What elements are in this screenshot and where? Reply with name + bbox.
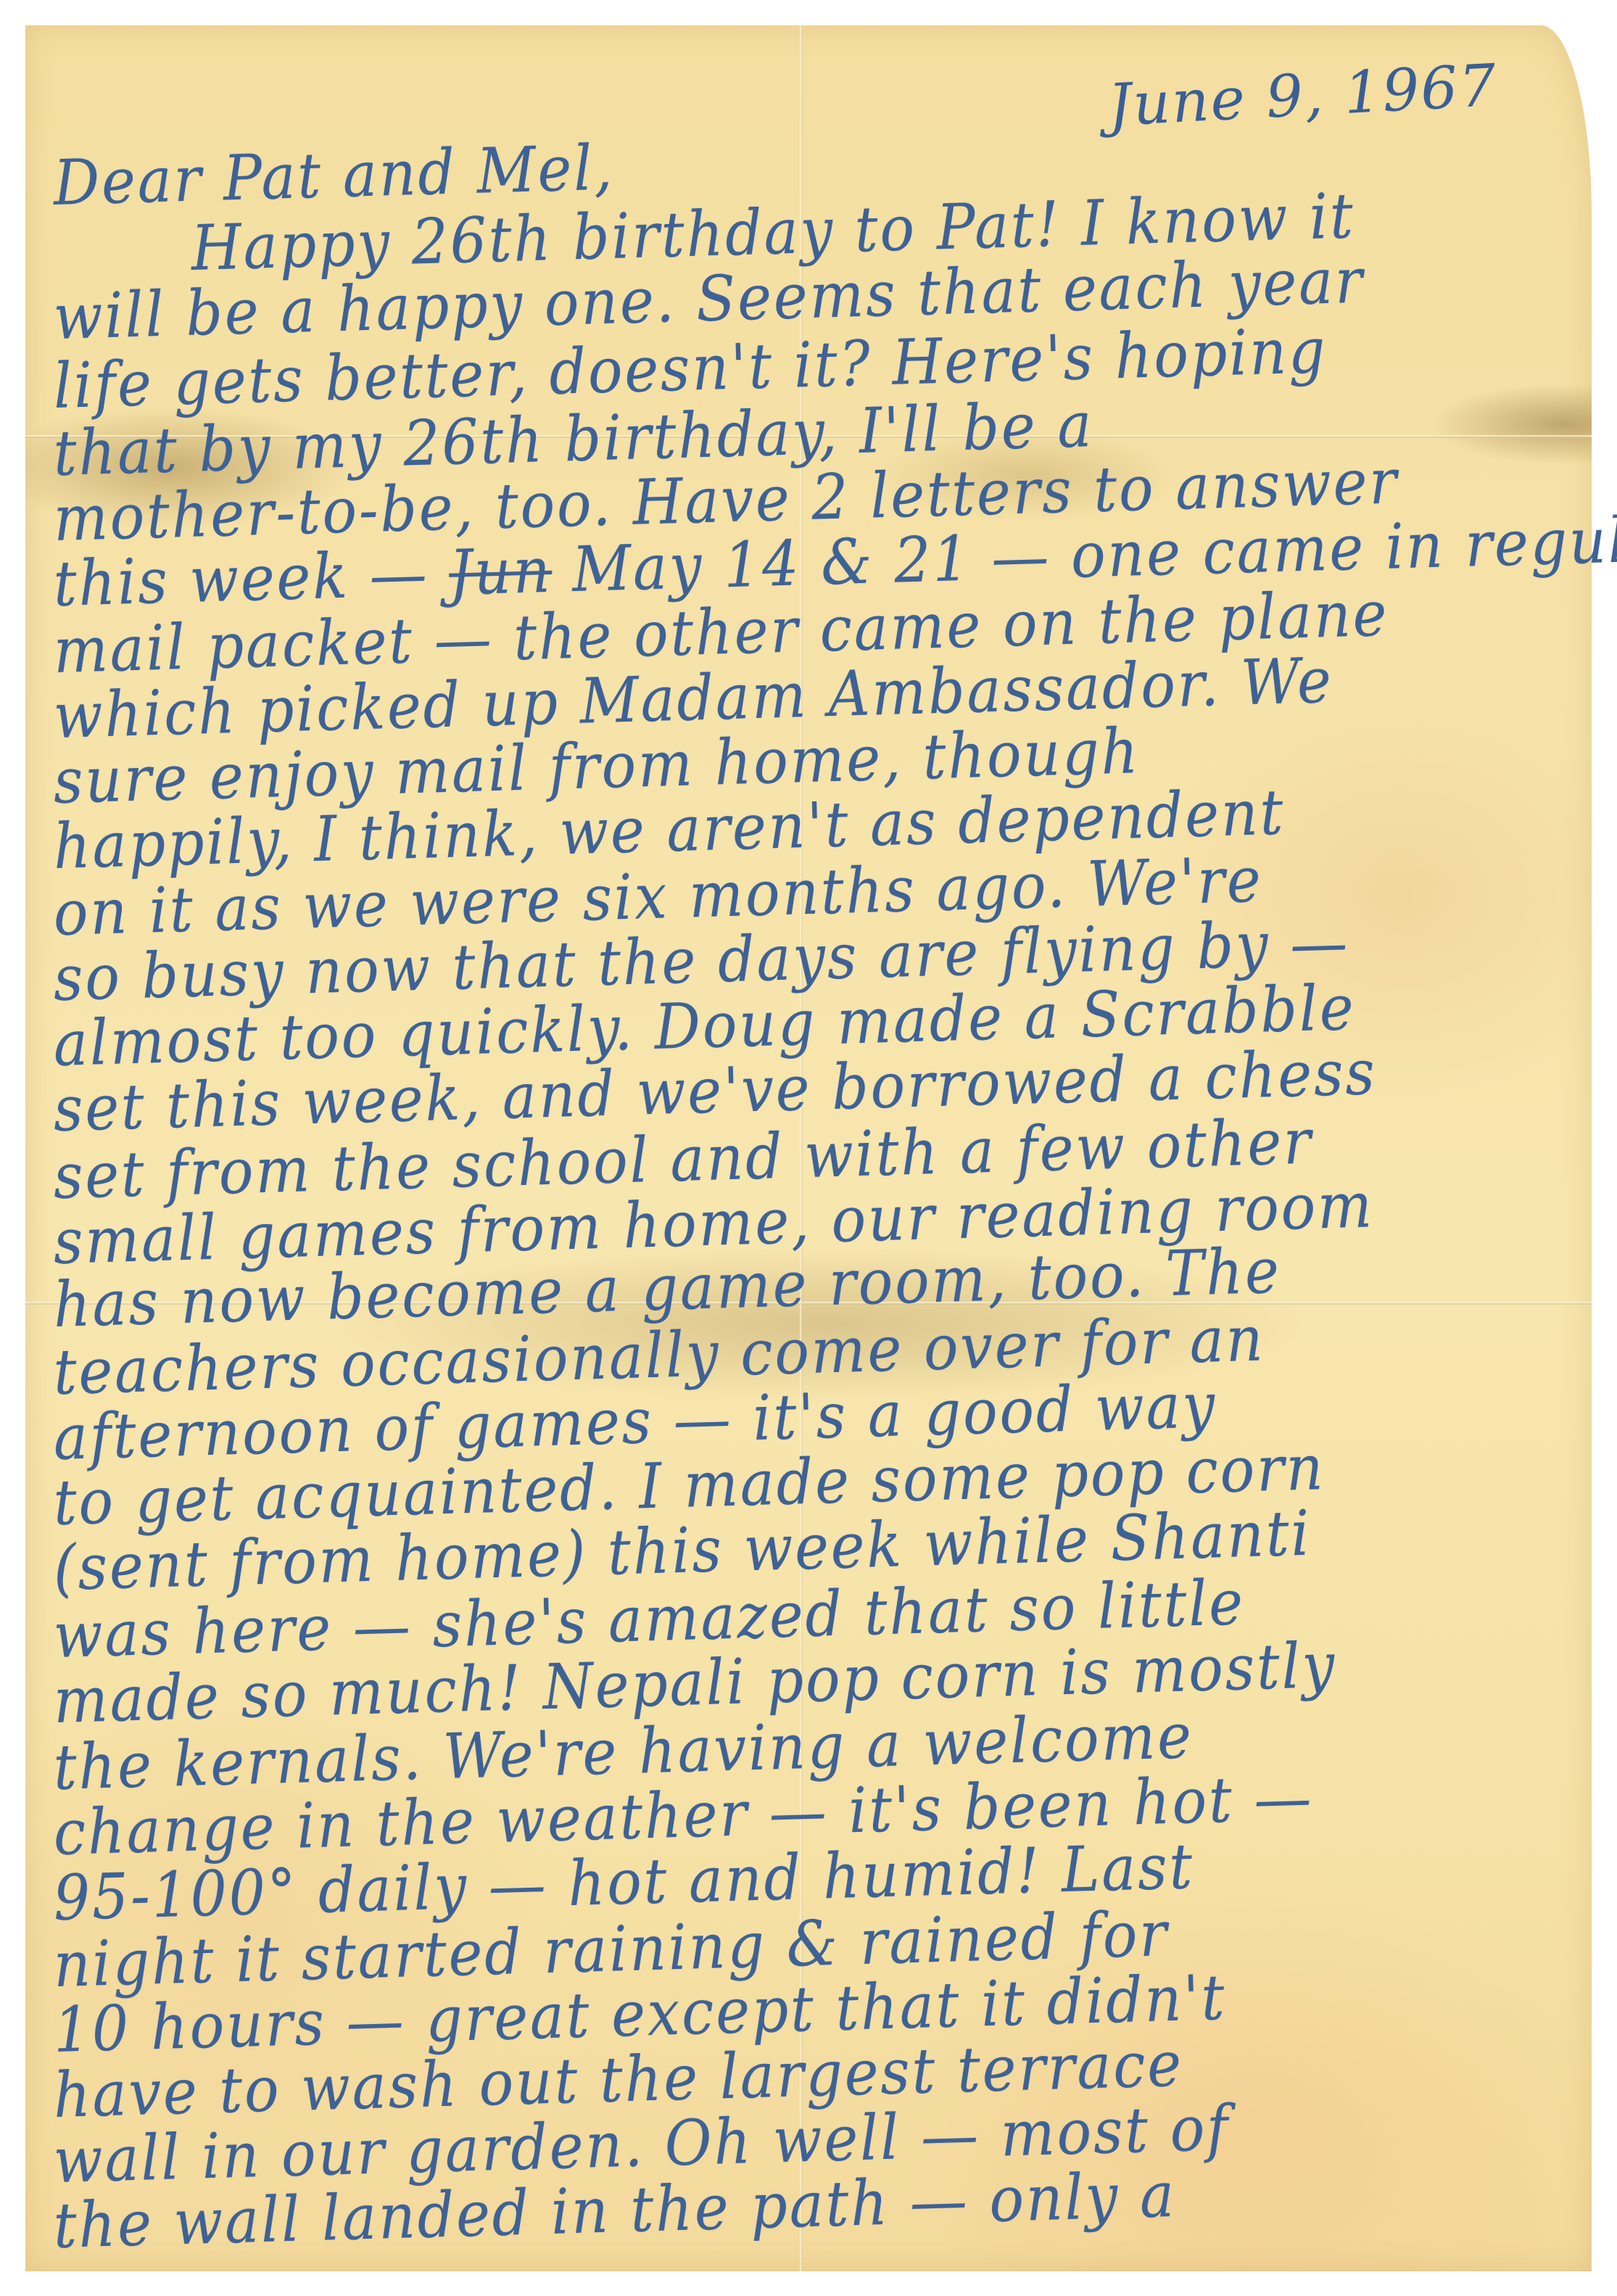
letter-body: Dear Pat and Mel, Happy 26th birthday to… bbox=[25, 25, 1592, 2271]
struck-out-word: Jun bbox=[448, 534, 553, 610]
letter-paper: June 9, 1967 Dear Pat and Mel, Happy 26t… bbox=[25, 25, 1592, 2271]
